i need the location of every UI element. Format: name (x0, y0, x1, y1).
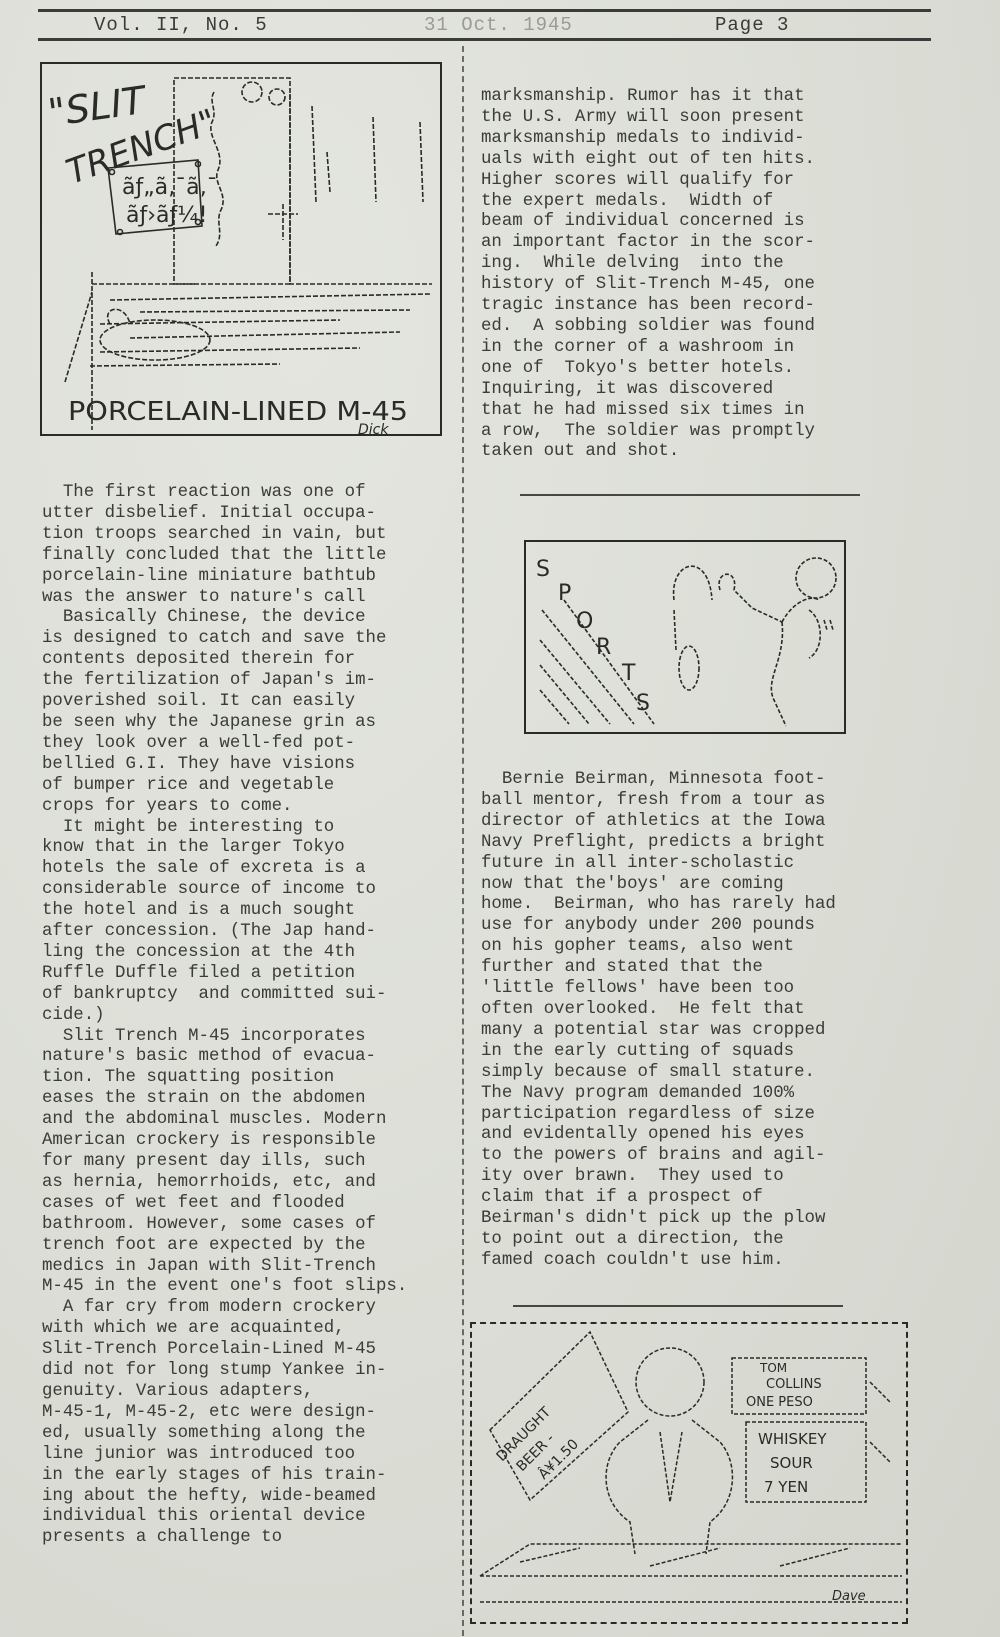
text-line: as hernia, hemorrhoids, etc, and (42, 1173, 407, 1194)
text-line: ling the concession at the 4th (42, 943, 407, 964)
text-line: genuity. Various adapters, (42, 1382, 407, 1403)
text-line: one of Tokyo's better hotels. (481, 359, 815, 380)
beirman-article: Bernie Beirman, Minnesota foot-ball ment… (481, 770, 836, 1272)
text-line: tragic instance has been record- (481, 296, 815, 317)
text-line: beam of individual concerned is (481, 212, 815, 233)
text-line: hotels the sale of excreta is a (42, 859, 407, 880)
text-line: ed, usually something along the (42, 1424, 407, 1445)
text-line: to point out a direction, the (481, 1230, 836, 1251)
text-line: It might be interesting to (42, 818, 407, 839)
text-line: to the powers of brains and agil- (481, 1146, 836, 1167)
text-line: medics in Japan with Slit-Trench (42, 1257, 407, 1278)
sign-tr-line1: TOM (759, 1361, 787, 1375)
bar-cartoon-signature: Dave (832, 1589, 866, 1604)
text-line: marksmanship. Rumor has it that (481, 87, 815, 108)
sign-br-line2: SOUR (770, 1454, 813, 1472)
text-line: uals with eight out of ten hits. (481, 150, 815, 171)
text-line: often overlooked. He felt that (481, 1000, 836, 1021)
text-line: nature's basic method of evacua- (42, 1047, 407, 1068)
text-line: is designed to catch and save the (42, 629, 407, 650)
text-line: the hotel and is a much sought (42, 901, 407, 922)
text-line: home. Beirman, who has rarely had (481, 895, 836, 916)
text-line: ed. A sobbing soldier was found (481, 317, 815, 338)
sports-letter-t: T (621, 661, 636, 686)
text-line: contents deposited therein for (42, 650, 407, 671)
section-separator-2 (513, 1305, 843, 1307)
text-line: history of Slit-Trench M-45, one (481, 275, 815, 296)
text-line: M-45-1, M-45-2, etc were design- (42, 1403, 407, 1424)
text-line: on his gopher teams, also went (481, 937, 836, 958)
text-line: ing. While delving into the (481, 254, 815, 275)
text-line: further and stated that the (481, 958, 836, 979)
sign-tr-line3: ONE PESO (746, 1395, 813, 1410)
text-line: use for anybody under 200 pounds (481, 916, 836, 937)
text-line: in the early stages of his train- (42, 1466, 407, 1487)
text-line: American crockery is responsible (42, 1131, 407, 1152)
text-line: in the corner of a washroom in (481, 338, 815, 359)
text-line: that he had missed six times in (481, 401, 815, 422)
text-line: taken out and shot. (481, 442, 815, 463)
header-top-rule (38, 9, 931, 12)
volume-number: Vol. II, No. 5 (94, 14, 268, 36)
text-line: the fertilization of Japan's im- (42, 671, 407, 692)
text-line: The first reaction was one of (42, 483, 407, 504)
text-line: now that the'boys' are coming (481, 875, 836, 896)
sports-letter-s1: S (536, 557, 550, 582)
text-line: tion. The squatting position (42, 1068, 407, 1089)
text-line: of bumper rice and vegetable (42, 776, 407, 797)
column-divider (462, 46, 464, 1636)
bar-illustration: DRAUGHT BEER - Â¥1.50 TOM COLLINS ONE PE… (470, 1322, 906, 1622)
text-line: poverished soil. It can easily (42, 692, 407, 713)
text-line: and the abdominal muscles. Modern (42, 1110, 407, 1131)
text-line: line junior was introduced too (42, 1445, 407, 1466)
cartoon-sign-line2: ãƒ›ãƒ¼! (126, 203, 207, 228)
text-line: cide.) (42, 1006, 407, 1027)
text-line: claim that if a prospect of (481, 1188, 836, 1209)
cartoon-title-line1: "SLIT (45, 78, 150, 135)
issue-date: 31 Oct. 1945 (424, 14, 573, 36)
text-line: trench foot are expected by the (42, 1236, 407, 1257)
text-line: with which we are acquainted, (42, 1319, 407, 1340)
sports-illustration: S P O R T S (524, 540, 844, 732)
text-line: know that in the larger Tokyo (42, 838, 407, 859)
text-line: director of athletics at the Iowa (481, 812, 836, 833)
text-line: Inquiring, it was discovered (481, 380, 815, 401)
left-column-article: The first reaction was one ofutter disbe… (42, 483, 407, 1549)
sports-letter-p: P (558, 581, 571, 606)
cartoon-caption: PORCELAIN-LINED M-45 (68, 397, 408, 427)
cartoon-sign-line1: ãƒ„ã‚¯ã‚¯ (122, 175, 218, 200)
text-line: they look over a well-fed pot- (42, 734, 407, 755)
text-line: be seen why the Japanese grin as (42, 713, 407, 734)
newsletter-page: Vol. II, No. 5 31 Oct. 1945 Page 3 (0, 0, 1000, 1637)
text-line: marksmanship medals to individ- (481, 129, 815, 150)
text-line: of bankruptcy and committed sui- (42, 985, 407, 1006)
page-number: Page 3 (715, 14, 789, 36)
text-line: famed coach couldn't use him. (481, 1251, 836, 1272)
sign-br-line3: 7 YEN (764, 1478, 808, 1496)
text-line: Basically Chinese, the device (42, 608, 407, 629)
text-line: Navy Preflight, predicts a bright (481, 833, 836, 854)
text-line: ity over brawn. They used to (481, 1167, 836, 1188)
header-bottom-rule (38, 38, 931, 41)
text-line: Ruffle Duffle filed a petition (42, 964, 407, 985)
section-separator (520, 494, 860, 496)
text-line: Higher scores will qualify for (481, 171, 815, 192)
text-line: and evidentally opened his eyes (481, 1125, 836, 1146)
text-line: in the early cutting of squads (481, 1042, 836, 1063)
text-line: bellied G.I. They have visions (42, 755, 407, 776)
text-line: ball mentor, fresh from a tour as (481, 791, 836, 812)
sports-letter-o: O (576, 609, 593, 634)
text-line: utter disbelief. Initial occupa- (42, 504, 407, 525)
text-line: participation regardless of size (481, 1105, 836, 1126)
text-line: an important factor in the scor- (481, 233, 815, 254)
text-line: a row, The soldier was promptly (481, 422, 815, 443)
right-column-article-continued: marksmanship. Rumor has it thatthe U.S. … (481, 87, 815, 463)
text-line: 'little fellows' have been too (481, 979, 836, 1000)
sign-tr-line2: COLLINS (766, 1377, 822, 1392)
text-line: Bernie Beirman, Minnesota foot- (481, 770, 836, 791)
text-line: simply because of small stature. (481, 1063, 836, 1084)
text-line: eases the strain on the abdomen (42, 1089, 407, 1110)
text-line: cases of wet feet and flooded (42, 1194, 407, 1215)
text-line: Beirman's didn't pick up the plow (481, 1209, 836, 1230)
text-line: The Navy program demanded 100% (481, 1084, 836, 1105)
sports-letter-r: R (596, 635, 611, 660)
text-line: the U.S. Army will soon present (481, 108, 815, 129)
text-line: crops for years to come. (42, 797, 407, 818)
text-line: after concession. (The Jap hand- (42, 922, 407, 943)
text-line: porcelain-line miniature bathtub (42, 567, 407, 588)
cartoon-signature: Dick (358, 422, 389, 438)
text-line: Slit-Trench Porcelain-Lined M-45 (42, 1340, 407, 1361)
text-line: for many present day ills, such (42, 1152, 407, 1173)
text-line: ing about the hefty, wide-beamed (42, 1487, 407, 1508)
text-line: presents a challenge to (42, 1528, 407, 1549)
text-line: did not for long stump Yankee in- (42, 1361, 407, 1382)
text-line: A far cry from modern crockery (42, 1298, 407, 1319)
text-line: individual this oriental device (42, 1507, 407, 1528)
slit-trench-illustration: "SLIT TRENCH" ãƒ„ã‚¯ã‚¯ ãƒ›ãƒ¼! PORCELAI… (40, 62, 440, 434)
text-line: the expert medals. Width of (481, 192, 815, 213)
text-line: future in all inter-scholastic (481, 854, 836, 875)
text-line: tion troops searched in vain, but (42, 525, 407, 546)
text-line: finally concluded that the little (42, 546, 407, 567)
text-line: M-45 in the event one's foot slips. (42, 1277, 407, 1298)
text-line: Slit Trench M-45 incorporates (42, 1027, 407, 1048)
sign-br-line1: WHISKEY (758, 1430, 827, 1448)
text-line: many a potential star was cropped (481, 1021, 836, 1042)
text-line: was the answer to nature's call (42, 588, 407, 609)
text-line: bathroom. However, some cases of (42, 1215, 407, 1236)
text-line: considerable source of income to (42, 880, 407, 901)
sports-letter-s2: S (636, 691, 650, 716)
